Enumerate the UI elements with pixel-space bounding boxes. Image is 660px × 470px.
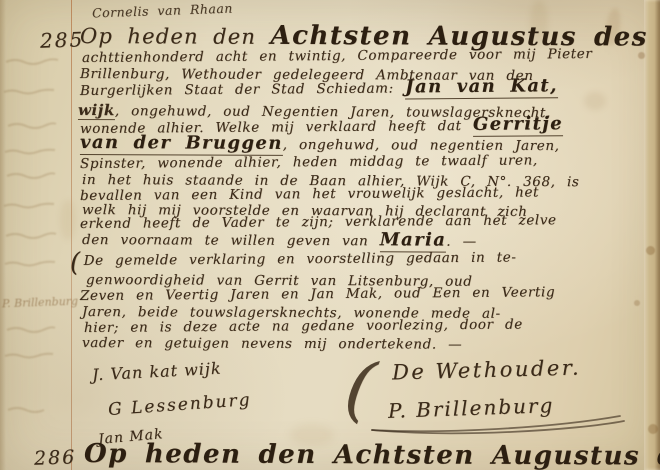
father-name-continued: wijk (78, 101, 115, 120)
line-segment: , ongehuwd, oud negentien Jaren, (283, 137, 560, 154)
official-title: De Wethouder. (392, 356, 582, 385)
line-segment: vader en getuigen nevens mij ondertekend… (82, 335, 462, 353)
text-line: vader en getuigen nevens mij ondertekend… (82, 336, 462, 352)
stain (646, 246, 655, 255)
text-line: hier; en is deze acte na gedane voorlezi… (84, 318, 523, 336)
text-line: bevallen van een Kind van het vrouwelijk… (80, 185, 539, 203)
ghost-writing-squiggles (0, 0, 70, 470)
text-line: Zeven en Veertig Jaren en Jan Mak, oud E… (80, 285, 555, 303)
line-segment: Op heden den (80, 24, 271, 49)
line-segment: den voornaam te willen geven van (82, 232, 380, 249)
line-segment: Burgerlijken Staat der Stad Schiedam: (80, 80, 405, 99)
signature-witness-1: G Lessenburg (107, 390, 252, 420)
father-name: Jan van Kat, (405, 75, 558, 99)
text-line: erkend heeft de Vader te zijn; verklaren… (80, 213, 557, 231)
line-segment: achttienhonderd acht en twintig, Compare… (82, 46, 593, 66)
line-segment: Op heden den Achtsten Augustus des (84, 439, 660, 470)
signature-father: J. Van kat wijk (92, 359, 222, 385)
line-segment: hier; en is deze acte na gedane voorlezi… (84, 317, 523, 336)
record-margin-note: Cornelis van Rhaan (92, 1, 233, 21)
signature-flourish (362, 408, 632, 438)
stain (638, 52, 645, 59)
line-segment: bevallen van een Kind van het vrouwelijk… (80, 184, 539, 204)
paragraph-bracket: ( (70, 248, 81, 278)
page-right-edge (644, 0, 660, 470)
next-record-opening-line: Op heden den Achtsten Augustus des (84, 441, 660, 470)
ghost-margin-text: P. Brillenburg (2, 295, 79, 311)
text-line: Burgerlijken Staat der Stad Schiedam: Ja… (80, 77, 558, 100)
stain (648, 424, 658, 434)
text-line: achttienhonderd acht en twintig, Compare… (82, 47, 592, 65)
mother-name: Gerritje (473, 113, 563, 137)
text-line: Spinster, wonende alhier, heden middag t… (80, 153, 538, 171)
next-record-number: 286 (34, 446, 77, 469)
line-segment: Spinster, wonende alhier, heden middag t… (80, 152, 538, 172)
stain (584, 92, 606, 110)
mother-name-continued: van der Bruggen (80, 132, 283, 156)
document-page: P. Brillenburg 285 Cornelis van Rhaan Op… (0, 0, 660, 470)
line-segment: De gemelde verklaring en voorstelling ge… (84, 249, 517, 268)
record-number: 285 (40, 27, 85, 53)
stain (634, 300, 640, 306)
line-segment: erkend heeft de Vader te zijn; verklaren… (80, 212, 557, 232)
line-segment: Zeven en Veertig Jaren en Jan Mak, oud E… (80, 284, 555, 304)
